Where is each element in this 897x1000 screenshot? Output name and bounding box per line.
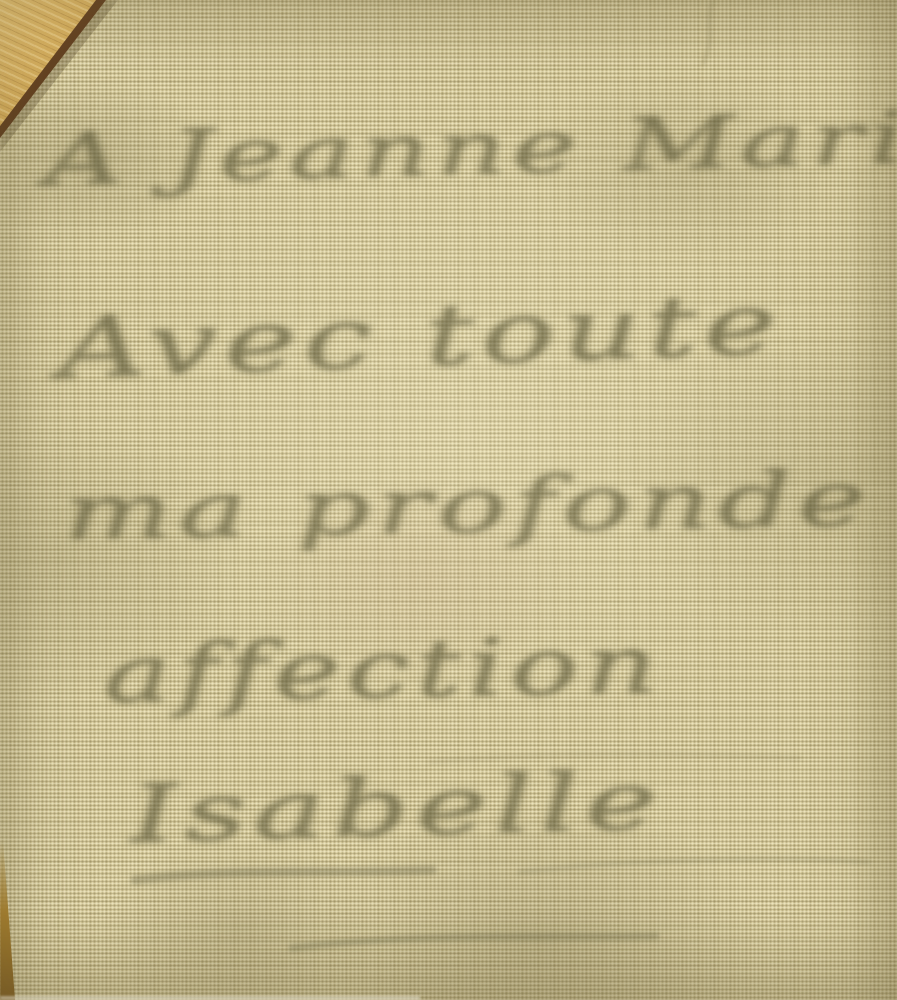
canvas-verso-photo: A Jeanne Marie Avec toute ma profonde af…	[0, 0, 897, 1000]
photo-vignette	[0, 0, 897, 1000]
